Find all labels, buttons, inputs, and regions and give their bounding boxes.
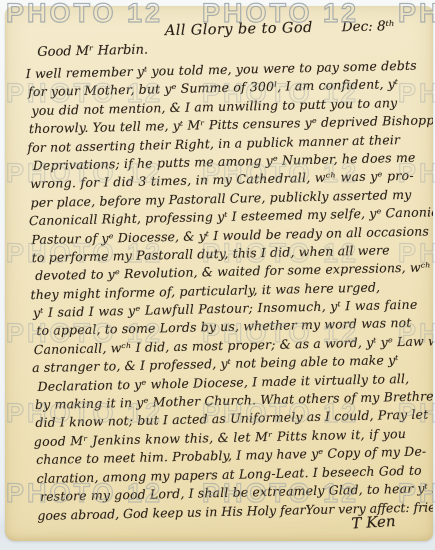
- letter-body: I well remember yᵗ you told me, you were…: [28, 57, 432, 507]
- letter-paper: All Glory be to God Dec: 8ᵗʰ Good Mʳ Har…: [5, 6, 433, 541]
- letter-content: All Glory be to God Dec: 8ᵗʰ Good Mʳ Har…: [5, 6, 433, 541]
- letter-heading: All Glory be to God: [165, 20, 313, 39]
- letter-date: Dec: 8ᵗʰ: [342, 18, 395, 35]
- archive-photo: All Glory be to God Dec: 8ᵗʰ Good Mʳ Har…: [0, 0, 435, 550]
